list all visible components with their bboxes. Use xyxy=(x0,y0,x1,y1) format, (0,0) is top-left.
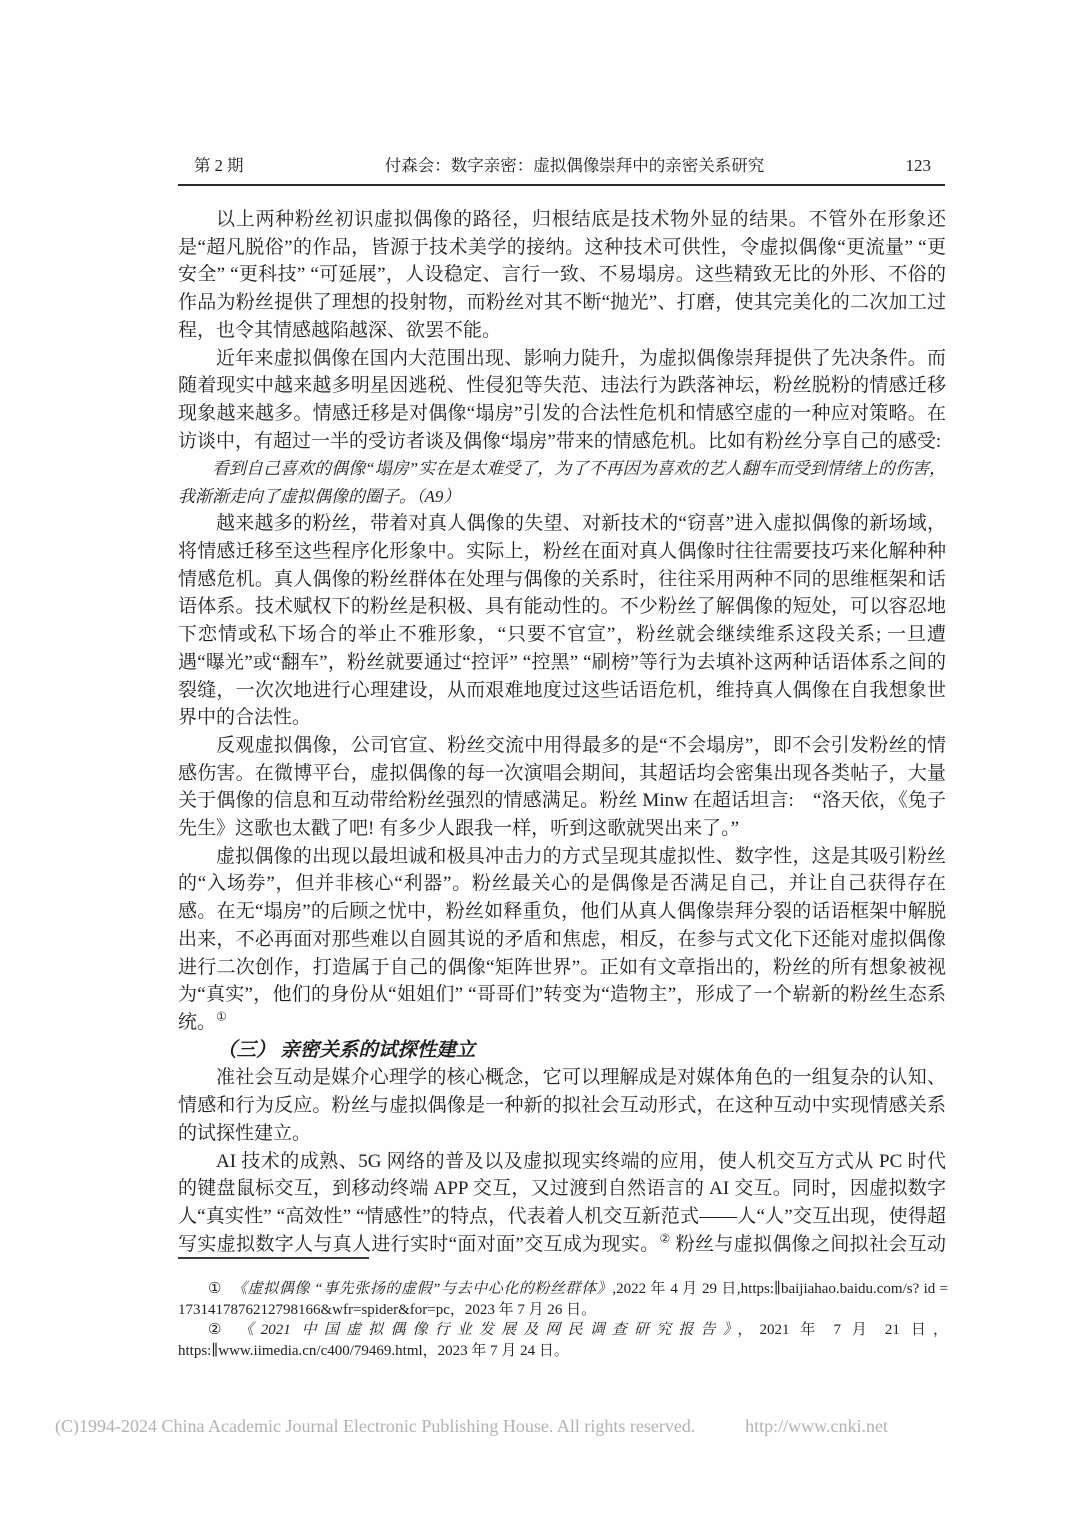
page-number: 123 xyxy=(906,156,946,176)
footnotes: ①《虚拟偶像 “事先张扬的虚假”与去中心化的粉丝群体》,2022 年 4 月 2… xyxy=(178,1279,948,1361)
issue-label: 第 2 期 xyxy=(178,152,244,176)
paragraph: 反观虚拟偶像，公司官宣、粉丝交流中用得最多的是“不会塌房”，即不会引发粉丝的情感… xyxy=(178,732,946,843)
footnote-ref-2: ② xyxy=(660,1231,671,1245)
article-body: 以上两种粉丝初识虚拟偶像的路径，归根结底是技术物外显的结果。不管外在形象还是“超… xyxy=(178,206,946,1256)
interview-quote: 看到自己喜欢的偶像“塌房”实在是太难受了，为了不再因为喜欢的艺人翻车而受到情绪上… xyxy=(178,455,946,510)
paragraph: 近年来虚拟偶像在国内大范围出现、影响力陡升，为虚拟偶像崇拜提供了先决条件。而随着… xyxy=(178,345,946,456)
footnote-title: 《虚拟偶像 “事先张扬的虚假”与去中心化的粉丝群体》 xyxy=(232,1281,612,1297)
paragraph: 越来越多的粉丝，带着对真人偶像的失望、对新技术的“窃喜”进入虚拟偶像的新场域，将… xyxy=(178,510,946,732)
journal-page: { "header": { "issue": "第 2 期", "running… xyxy=(0,0,1080,1528)
running-title: 付森会：数字亲密：虚拟偶像崇拜中的亲密关系研究 xyxy=(385,152,765,176)
footnote-separator-rule xyxy=(178,1257,369,1259)
paragraph: 以上两种粉丝初识虚拟偶像的路径，归根结底是技术物外显的结果。不管外在形象还是“超… xyxy=(178,206,946,345)
cnki-url: http://www.cnki.net xyxy=(745,1416,888,1437)
footnote-marker: ① xyxy=(208,1281,222,1297)
paragraph: AI 技术的成熟、5G 网络的普及以及虚拟现实终端的应用，使人机交互方式从 PC… xyxy=(178,1148,946,1257)
section-heading: （三） 亲密关系的试探性建立 xyxy=(178,1037,946,1065)
running-header: 第 2 期 付森会：数字亲密：虚拟偶像崇拜中的亲密关系研究 123 xyxy=(178,152,945,186)
paragraph: 虚拟偶像的出现以最坦诚和极具冲击力的方式呈现其虚拟性、数字性，这是其吸引粉丝的“… xyxy=(178,843,946,1037)
copyright-text: (C)1994-2024 China Academic Journal Elec… xyxy=(55,1416,695,1437)
footnote-marker: ② xyxy=(208,1322,229,1338)
footnote-title: 《2021 中国虚拟偶像行业发展及网民调查研究报告》 xyxy=(239,1322,738,1338)
paragraph-text: 虚拟偶像的出现以最坦诚和极具冲击力的方式呈现其虚拟性、数字性，这是其吸引粉丝的“… xyxy=(178,846,946,1033)
footnote-ref-1: ① xyxy=(216,1010,227,1024)
footnote-item: ②《2021 中国虚拟偶像行业发展及网民调查研究报告》，2021 年 7 月 2… xyxy=(178,1320,948,1361)
copyright-footer: (C)1994-2024 China Academic Journal Elec… xyxy=(55,1416,888,1437)
footnote-item: ①《虚拟偶像 “事先张扬的虚假”与去中心化的粉丝群体》,2022 年 4 月 2… xyxy=(178,1279,948,1320)
paragraph: 准社会互动是媒介心理学的核心概念，它可以理解成是对媒体角色的一组复杂的认知、情感… xyxy=(178,1064,946,1147)
